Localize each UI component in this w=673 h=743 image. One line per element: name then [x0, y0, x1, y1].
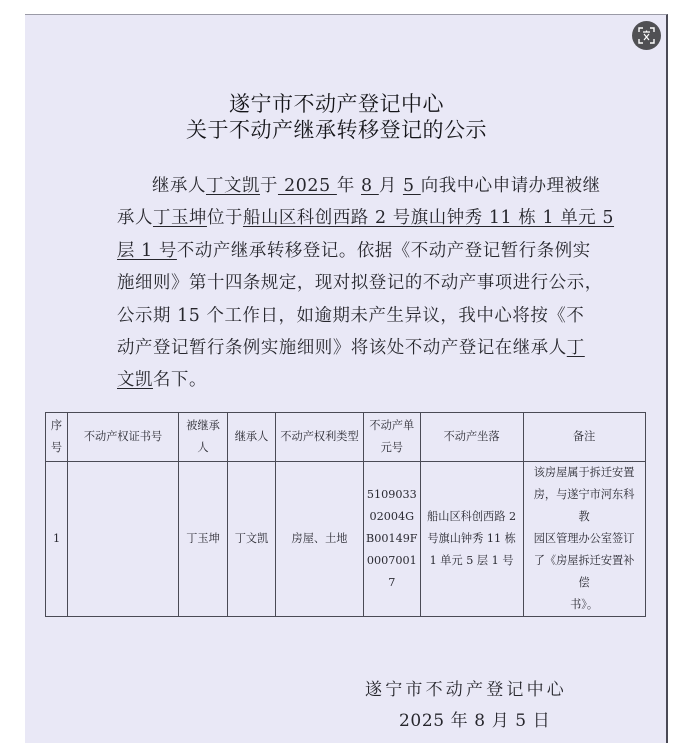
property-address-cont: 层 1 号	[117, 241, 177, 261]
header-text: 号	[48, 437, 65, 459]
page-subtitle: 关于不动产继承转移登记的公示	[0, 114, 673, 144]
cell-right-type: 房屋、土地	[276, 462, 364, 617]
col-header-seq: 序号	[46, 413, 68, 462]
text-segment: 继承人	[152, 176, 206, 196]
cell-location: 船山区科创西路 2 号旗山钟秀 11 栋 1 单元 5 层 1 号	[420, 462, 523, 617]
heir-name: 丁	[567, 338, 585, 358]
cell-line: 02004G	[366, 506, 418, 528]
decedent-name: 丁玉坤	[153, 208, 207, 228]
heir-name: 丁文凯	[206, 176, 260, 196]
body-line: 施细则》第十四条规定，现对拟登记的不动产事项进行公示，	[117, 267, 577, 299]
text-segment: 公示期 15 个工作日，如逾期未产生异议，我中心将按《不	[117, 306, 584, 326]
text-segment: 施细则》第十四条规定，现对拟登记的不动产事项进行公示，	[117, 273, 603, 293]
col-header-unit-no: 不动产单元号	[364, 413, 421, 462]
body-line: 文凯名下。	[117, 364, 577, 396]
heir-name-cont: 文凯	[117, 370, 153, 390]
registration-table: 序号 不动产权证书号 被继承人 继承人 不动产权利类型 不动产单元号 不动产坐落…	[45, 412, 646, 617]
cell-line: 5109033	[366, 484, 418, 506]
col-header-location: 不动产坐落	[420, 413, 523, 462]
text-segment: 月	[379, 176, 403, 196]
table-row: 1 丁玉坤 丁文凯 房屋、土地 5109033 02004G B00149F 0…	[46, 462, 646, 617]
table-header-row: 序号 不动产权证书号 被继承人 继承人 不动产权利类型 不动产单元号 不动产坐落…	[46, 413, 646, 462]
cell-line: 1 单元 5 层 1 号	[423, 550, 521, 572]
text-segment: 动产登记暂行条例实施细则》将该处不动产登记在继承人	[117, 338, 567, 358]
cell-cert-no	[68, 462, 179, 617]
cell-line: 房，与遂宁市河东科教	[530, 484, 639, 528]
translate-icon	[638, 27, 655, 44]
cell-unit-no: 5109033 02004G B00149F 0007001 7	[364, 462, 421, 617]
col-header-remark: 备注	[523, 413, 645, 462]
cell-line: 号旗山钟秀 11 栋	[423, 528, 521, 550]
cell-line: 该房屋属于拆迁安置	[530, 462, 639, 484]
cell-seq: 1	[46, 462, 68, 617]
cell-decedent: 丁玉坤	[179, 462, 228, 617]
header-text: 不动产单	[366, 415, 418, 437]
apply-year: 2025	[278, 176, 337, 196]
translate-button[interactable]	[632, 21, 661, 50]
text-segment: 位于	[207, 208, 243, 228]
apply-month: 8	[361, 176, 379, 196]
apply-day: 5	[403, 176, 421, 196]
cell-line: 书》。	[530, 594, 639, 616]
col-header-heir: 继承人	[228, 413, 276, 462]
cell-line: 了《房屋拆迁安置补偿	[530, 550, 639, 594]
body-line: 公示期 15 个工作日，如逾期未产生异议，我中心将按《不	[117, 300, 577, 332]
body-line: 动产登记暂行条例实施细则》将该处不动产登记在继承人丁	[117, 332, 577, 364]
cell-line: 0007001	[366, 550, 418, 572]
header-text: 序	[48, 415, 65, 437]
text-segment: 于	[260, 176, 278, 196]
text-segment: 不动产继承转移登记。依据《不动产登记暂行条例实	[177, 241, 591, 261]
body-line: 承人丁玉坤位于船山区科创西路 2 号旗山钟秀 11 栋 1 单元 5	[117, 202, 577, 234]
text-segment: 年	[337, 176, 361, 196]
issue-date: 2025 年 8 月 5 日	[399, 706, 550, 731]
body-line: 层 1 号不动产继承转移登记。依据《不动产登记暂行条例实	[117, 235, 577, 267]
cell-line: 船山区科创西路 2	[423, 506, 521, 528]
cell-line: 园区管理办公室签订	[530, 528, 639, 550]
notice-body: 继承人丁文凯于 2025 年 8 月 5 向我中心申请办理被继 承人丁玉坤位于船…	[117, 170, 577, 397]
text-segment: 承人	[117, 208, 153, 228]
col-header-right-type: 不动产权利类型	[276, 413, 364, 462]
cell-remark: 该房屋属于拆迁安置 房，与遂宁市河东科教 园区管理办公室签订 了《房屋拆迁安置补…	[523, 462, 645, 617]
col-header-cert-no: 不动产权证书号	[68, 413, 179, 462]
property-address: 船山区科创西路 2 号旗山钟秀 11 栋 1 单元 5	[243, 208, 614, 228]
cell-heir: 丁文凯	[228, 462, 276, 617]
header-text: 元号	[366, 437, 418, 459]
body-line: 继承人丁文凯于 2025 年 8 月 5 向我中心申请办理被继	[117, 170, 577, 202]
issuer-signature: 遂宁市不动产登记中心	[365, 675, 567, 700]
col-header-decedent: 被继承人	[179, 413, 228, 462]
cell-line: B00149F	[366, 528, 418, 550]
text-segment: 名下。	[153, 370, 207, 390]
text-segment: 向我中心申请办理被继	[421, 176, 601, 196]
cell-line: 7	[366, 572, 418, 594]
